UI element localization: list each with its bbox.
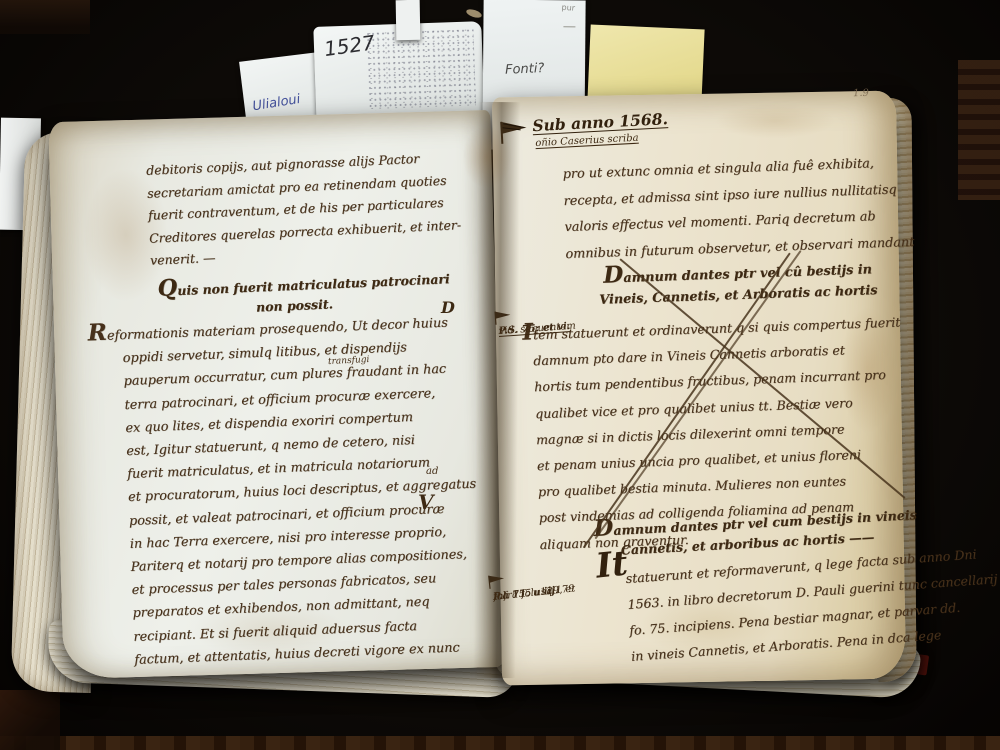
bookmark-strip: [396, 0, 421, 40]
margin-correction-mark: V: [418, 490, 434, 514]
bookmark-pencil-dash: [563, 26, 575, 27]
table-wood-corner: [0, 690, 60, 750]
bookmark-pencil-scribble: pur: [561, 3, 575, 13]
right-page-paragraph-1: pro ut extunc omnia et singula alia fuê …: [562, 150, 915, 268]
folio-number: 1.9: [853, 88, 869, 100]
bookmark-fonti-text: Fonti?: [505, 61, 545, 78]
manuscript-photo: Ulialoui 1527 Fonti? pur debitoris copij…: [0, 0, 1000, 750]
table-wood-edge: [0, 736, 1000, 750]
table-wood-right: [958, 60, 1000, 200]
bookmark-blue-text: Ulialoui: [252, 92, 302, 114]
dust-speck: [465, 8, 482, 20]
annotation-flag-icon: [498, 118, 529, 146]
margin-correction-mark: ad: [426, 466, 438, 477]
paragraph-initial: It: [594, 543, 630, 586]
speckled-print-patch: [365, 27, 476, 111]
paper-stain: [690, 96, 860, 146]
margin-correction-mark: D: [441, 298, 455, 317]
table-wood-corner: [0, 0, 90, 34]
left-page-paragraph-1: debitoris copijs, aut pignorasse alijs P…: [146, 146, 463, 272]
